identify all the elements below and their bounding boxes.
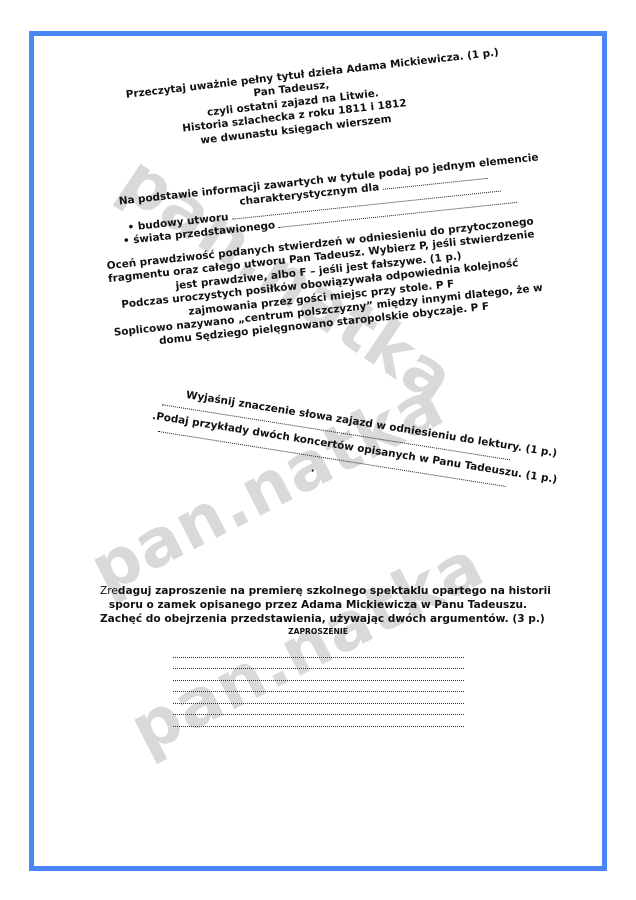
invitation-prompt: sporu o zamek opisanego przez Adama Mick… bbox=[100, 598, 536, 612]
answer-dotted-line[interactable] bbox=[173, 692, 464, 704]
invitation-task: Zredaguj zaproszenie na premierę szkolne… bbox=[100, 584, 536, 637]
answer-dotted-line[interactable] bbox=[173, 681, 464, 693]
answer-dotted-line[interactable] bbox=[173, 658, 464, 670]
answer-dotted-line[interactable] bbox=[173, 646, 464, 658]
answer-dotted-line[interactable] bbox=[173, 715, 464, 727]
invitation-answer-area bbox=[173, 646, 464, 727]
answer-dotted-line[interactable] bbox=[173, 704, 464, 716]
answer-dotted-line[interactable] bbox=[173, 669, 464, 681]
invitation-lead: Zre bbox=[100, 585, 118, 597]
invitation-heading: ZAPROSZENIE bbox=[100, 626, 536, 637]
invitation-prompt: daguj zaproszenie na premierę szkolnego … bbox=[118, 585, 551, 597]
invitation-prompt: Zachęć do obejrzenia przedstawienia, uży… bbox=[100, 612, 536, 626]
